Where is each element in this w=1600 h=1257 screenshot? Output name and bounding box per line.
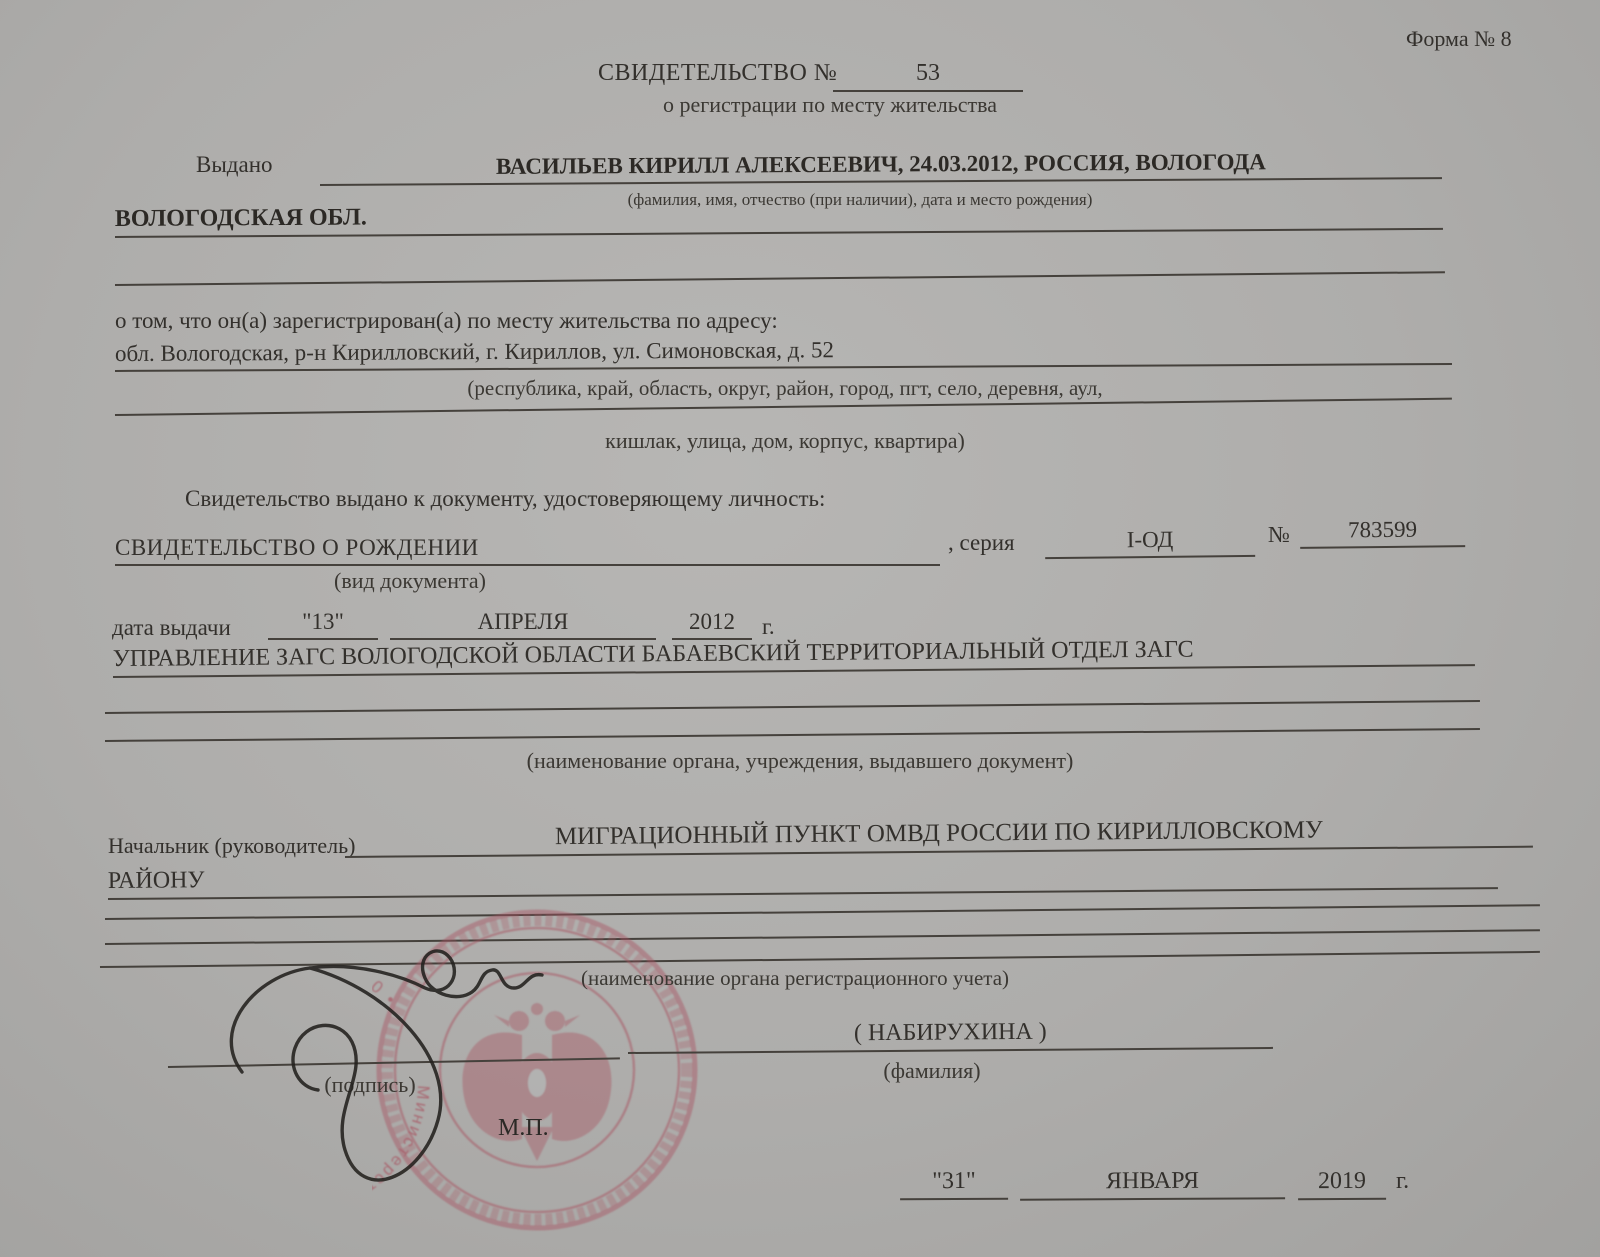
final-month: ЯНВАРЯ: [1020, 1159, 1285, 1200]
final-year: 2019: [1298, 1160, 1386, 1200]
blank-line: [105, 728, 1480, 742]
registration-organ-line1: МИГРАЦИОННЫЙ ПУНКТ ОМВД РОССИИ ПО КИРИЛЛ…: [345, 798, 1533, 858]
certificate-document: Форма № 8 СВИДЕТЕЛЬСТВО № 53 о регистрац…: [0, 0, 1600, 1257]
handwritten-signature: [150, 900, 750, 1257]
blank-line: [115, 271, 1445, 286]
identity-doc-intro: Свидетельство выдано к документу, удосто…: [185, 486, 825, 512]
certificate-number: 53: [833, 58, 1023, 92]
surname-caption: (фамилия): [782, 1058, 1082, 1084]
issued-person-value: ВАСИЛЬЕВ КИРИЛЛ АЛЕКСЕЕВИЧ, 24.03.2012, …: [320, 139, 1442, 186]
series-value: I-ОД: [1045, 517, 1255, 559]
issue-month: АПРЕЛЯ: [390, 602, 656, 640]
series-label: , серия: [948, 530, 1015, 556]
blank-line: [105, 700, 1480, 714]
registration-address: обл. Вологодская, р-н Кирилловский, г. К…: [115, 327, 1452, 372]
final-year-suffix: г.: [1396, 1168, 1409, 1195]
final-day: "31": [900, 1160, 1008, 1201]
issued-person-value-line2: ВОЛОГОДСКАЯ ОБЛ.: [115, 192, 1443, 238]
doc-type-caption: (вид документа): [245, 568, 575, 594]
official-title-label: Начальник (руководитель): [108, 833, 355, 859]
issue-date-label: дата выдачи: [112, 615, 231, 641]
certificate-title: СВИДЕТЕЛЬСТВО №: [598, 60, 837, 87]
address-caption-2: кишлак, улица, дом, корпус, квартира): [400, 428, 1170, 454]
issue-day: "13": [268, 602, 378, 640]
address-caption-1: (республика, край, область, округ, район…: [400, 376, 1170, 401]
issuing-authority-caption: (наименование органа, учреждения, выдавш…: [400, 748, 1200, 774]
certificate-subtitle: о регистрации по месту жительства: [600, 92, 1060, 118]
identity-doc-type: СВИДЕТЕЛЬСТВО О РОЖДЕНИИ: [115, 524, 940, 566]
form-number: Форма № 8: [1406, 26, 1512, 52]
number-value: 783599: [1300, 507, 1465, 549]
issued-label: Выдано: [196, 152, 273, 178]
number-label: №: [1268, 522, 1290, 548]
